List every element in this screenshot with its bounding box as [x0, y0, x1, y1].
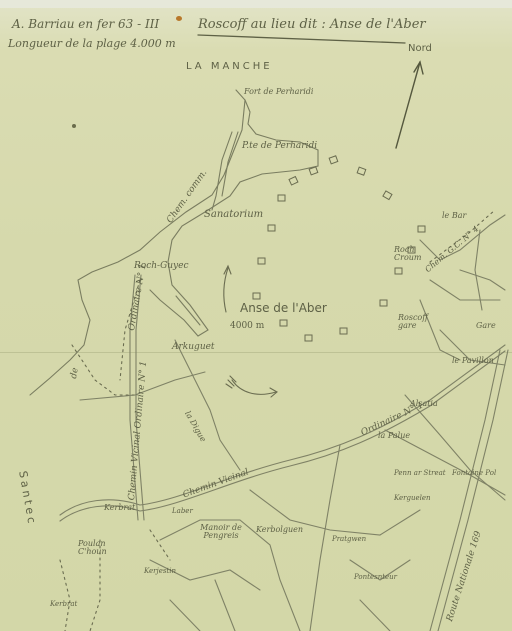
place-fort-perharidi: Fort de Perharidi [244, 88, 313, 96]
place-pointe-perharidi: P.te de Perharidi [242, 142, 317, 151]
place-fontaine-pol: Fontaine Pol [452, 470, 496, 477]
road-network [60, 215, 508, 631]
current-arrow-icon [224, 266, 277, 397]
beach-length-label: 4000 m [230, 322, 264, 331]
place-le-bar: le Bar [442, 212, 466, 220]
place-le-pavillon: le Pavillon [452, 357, 494, 365]
place-kerguelen: Kerguelen [394, 495, 431, 502]
map-title: Roscoff au lieu dit : Anse de l'Aber [198, 18, 426, 31]
place-pratgwen: Pratgwen [332, 536, 366, 543]
place-penn-ar-streat: Penn ar Streat [394, 470, 446, 477]
north-label: Nord [408, 44, 432, 54]
place-kerjestin: Kerjestin [144, 568, 176, 575]
place-anse-de-l-aber: Anse de l'Aber [240, 302, 327, 314]
north-arrow-icon [396, 62, 423, 148]
title-underline [198, 35, 405, 43]
place-la-palue: la Palue [378, 432, 410, 440]
sea-label: LA MANCHE [186, 62, 273, 72]
scanned-map-sheet: A. Barriau en fer 63 - III Longueur de l… [0, 0, 512, 631]
place-roch-croum: Roch Croum [394, 246, 424, 262]
place-kerbolguen: Kerbolguen [256, 526, 303, 534]
place-pontesnteur: Pontesnteur [354, 574, 397, 581]
place-manoir-pengreis: Manoir de Pengreis [200, 524, 242, 540]
place-gare: Gare [476, 322, 496, 330]
place-kerbrat-south: Kerbrat [50, 601, 77, 608]
place-sanatorium: Sanatorium [204, 210, 263, 220]
place-kerbrat: Kerbrat [104, 504, 135, 512]
road-de: de [70, 367, 81, 379]
place-roscoff-gare: Roscoff gare [398, 314, 426, 330]
place-poulan-c-houn: Poulan C'houn [78, 540, 112, 556]
catalog-note: A. Barriau en fer 63 - III [12, 18, 159, 30]
place-arkuguet: Arkuguet [172, 343, 215, 352]
place-laber: Laber [172, 508, 193, 515]
beach-length-note: Longueur de la plage 4.000 m [8, 38, 176, 49]
